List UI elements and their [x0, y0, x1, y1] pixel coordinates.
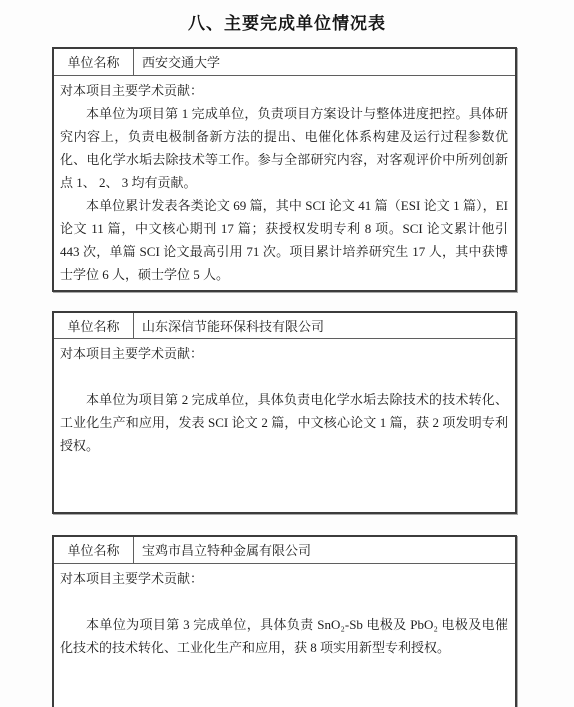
unit-name-label: 单位名称 — [53, 536, 134, 563]
unit-table-1: 单位名称 西安交通大学 对本项目主要学术贡献： 本单位为项目第 1 完成单位，负… — [52, 47, 517, 292]
unit-table-2: 单位名称 山东深信节能环保科技有限公司 对本项目主要学术贡献： 本单位为项目第 … — [52, 311, 517, 515]
contribution-label: 对本项目主要学术贡献： — [60, 79, 508, 102]
document-page: 八、主要完成单位情况表 单位名称 西安交通大学 对本项目主要学术贡献： 本单位为… — [0, 0, 574, 707]
contribution-cell: 对本项目主要学术贡献： 本单位为项目第 3 完成单位，具体负责 SnO₂-Sb … — [53, 563, 516, 707]
contribution-paragraph: 本单位为项目第 3 完成单位，具体负责 SnO₂-Sb 电极及 PbO₂ 电极及… — [60, 613, 508, 659]
contribution-label: 对本项目主要学术贡献： — [60, 567, 508, 590]
unit-name-label: 单位名称 — [53, 48, 134, 75]
page-title: 八、主要完成单位情况表 — [0, 9, 574, 34]
contribution-row: 对本项目主要学术贡献： 本单位为项目第 2 完成单位，具体负责电化学水垢去除技术… — [53, 339, 516, 514]
unit-name-value: 西安交通大学 — [134, 48, 517, 75]
contribution-cell: 对本项目主要学术贡献： 本单位为项目第 1 完成单位，负责项目方案设计与整体进度… — [53, 75, 516, 291]
contribution-cell: 对本项目主要学术贡献： 本单位为项目第 2 完成单位，具体负责电化学水垢去除技术… — [53, 339, 516, 514]
contribution-row: 对本项目主要学术贡献： 本单位为项目第 3 完成单位，具体负责 SnO₂-Sb … — [53, 563, 516, 707]
contribution-row: 对本项目主要学术贡献： 本单位为项目第 1 完成单位，负责项目方案设计与整体进度… — [53, 75, 516, 291]
unit-name-row: 单位名称 宝鸡市昌立特种金属有限公司 — [53, 536, 516, 563]
unit-name-row: 单位名称 西安交通大学 — [53, 48, 516, 75]
contribution-paragraph: 本单位累计发表各类论文 69 篇，其中 SCI 论文 41 篇（ESI 论文 1… — [60, 194, 508, 286]
unit-name-value: 宝鸡市昌立特种金属有限公司 — [134, 536, 517, 563]
unit-name-row: 单位名称 山东深信节能环保科技有限公司 — [53, 312, 516, 339]
unit-table-3: 单位名称 宝鸡市昌立特种金属有限公司 对本项目主要学术贡献： 本单位为项目第 3… — [52, 535, 517, 707]
contribution-label: 对本项目主要学术贡献： — [60, 342, 508, 365]
unit-name-label: 单位名称 — [53, 312, 134, 339]
contribution-paragraph: 本单位为项目第 1 完成单位，负责项目方案设计与整体进度把控。具体研究内容上，负… — [60, 102, 508, 194]
unit-name-value: 山东深信节能环保科技有限公司 — [134, 312, 517, 339]
contribution-paragraph: 本单位为项目第 2 完成单位，具体负责电化学水垢去除技术的技术转化、工业化生产和… — [60, 388, 508, 457]
